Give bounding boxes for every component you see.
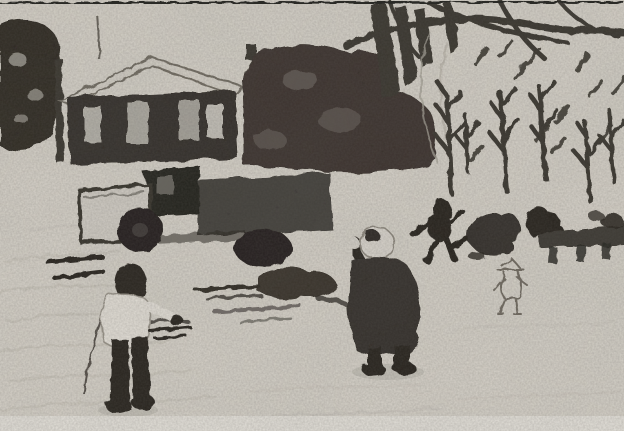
paper-grain-overlay xyxy=(0,0,624,431)
picture-frame-line xyxy=(0,2,624,3)
winter-painting-scan xyxy=(0,0,624,431)
painting-canvas xyxy=(0,0,624,431)
